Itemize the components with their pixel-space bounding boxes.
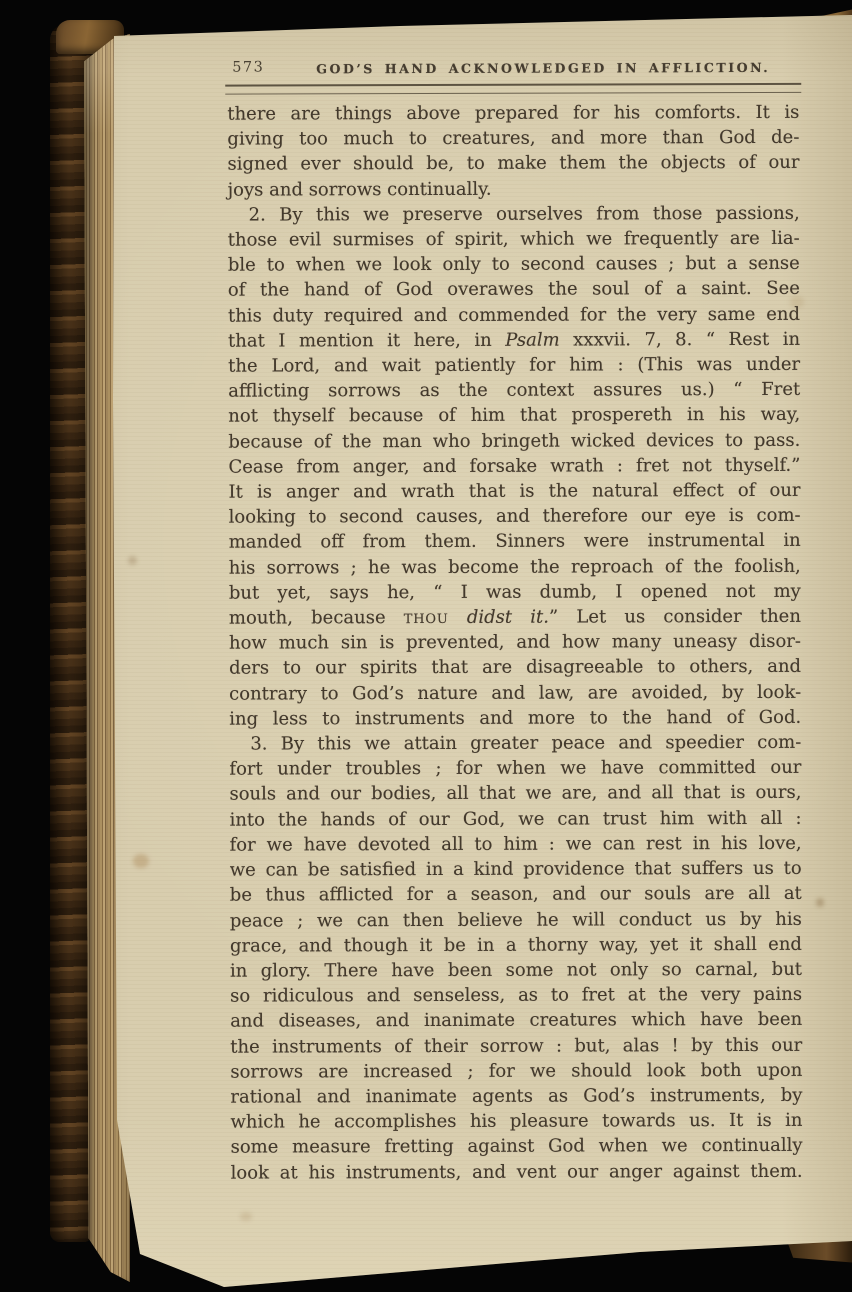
text-line: those evil surmises of spirit, which we … [228,226,800,253]
text-line: looking to second causes, and therefore … [229,503,801,530]
text-line: contrary to God’s nature and law, are av… [229,679,801,706]
text-line: afflicting sorrows as the context assure… [228,377,800,404]
text-line: so ridiculous and senseless, as to fret … [230,982,802,1009]
page-number: 573 [232,60,264,76]
text-line: sorrows are increased ; for we should lo… [230,1058,802,1085]
text-block: there are things above prepared for his … [227,100,802,1186]
text-line: how much sin is prevented, and how many … [229,629,801,656]
text-line: ders to our spirits that are disagreeabl… [229,654,801,681]
text-line: peace ; we can then believe he will cond… [230,906,802,933]
text-line: into the hands of our God, we can trust … [230,806,802,833]
book-page: 573 GOD’S HAND ACKNOWLEDGED IN AFFLICTIO… [0,0,852,1292]
text-line: this duty required and commended for the… [228,301,800,328]
text-line: Cease from anger, and forsake wrath : fr… [228,453,800,480]
paragraph: 2. By this we preserve ourselves from th… [228,201,802,732]
text-line: signed ever should be, to make them the … [227,150,799,177]
text-line: ble to when we look only to second cause… [228,251,800,278]
text-line: souls and our bodies, all that we are, a… [229,780,801,807]
text-line: fort under troubles ; for when we have c… [229,755,801,782]
text-line: look at his instruments, and vent our an… [231,1158,803,1185]
text-line: because of the man who bringeth wicked d… [228,427,800,454]
paragraph: there are things above prepared for his … [227,100,799,203]
text-line: of the hand of God overawes the soul of … [228,276,800,303]
text-line: the Lord, and wait patiently for him : (… [228,352,800,379]
text-line: be thus afflicted for a season, and our … [230,881,802,908]
page-content: 573 GOD’S HAND ACKNOWLEDGED IN AFFLICTIO… [0,0,852,1292]
text-line: manded off from them. Sinners were instr… [229,528,801,555]
header-double-rule [225,83,801,95]
text-line: for we have devoted all to him : we can … [230,831,802,858]
running-head-title: GOD’S HAND ACKNOWLEDGED IN AFFLICTION. [286,60,800,77]
text-line: not thyself because of him that prospere… [228,402,800,429]
text-line: It is anger and wrath that is the natura… [228,478,800,505]
text-line: his sorrows ; he was become the reproach… [229,553,801,580]
text-line: mouth, because thou didst it.” Let us co… [229,604,801,631]
text-line: giving too much to creatures, and more t… [227,125,799,152]
text-line: 3. By this we attain greater peace and s… [229,730,801,757]
text-line: joys and sorrows continually. [228,175,800,202]
paragraph: 3. By this we attain greater peace and s… [229,730,802,1185]
running-head: 573 GOD’S HAND ACKNOWLEDGED IN AFFLICTIO… [226,57,800,81]
text-line: 2. By this we preserve ourselves from th… [228,201,800,228]
text-line: but yet, says he, “ I was dumb, I opened… [229,579,801,606]
text-line: grace, and though it be in a thorny way,… [230,932,802,959]
text-line: which he accomplishes his pleasure towar… [230,1108,802,1135]
text-line: some measure fretting against God when w… [231,1133,803,1160]
text-line: that I mention it here, in Psalm xxxvii.… [228,327,800,354]
photo-background: 573 GOD’S HAND ACKNOWLEDGED IN AFFLICTIO… [0,0,852,1292]
text-line: and diseases, and inanimate creatures wh… [230,1007,802,1034]
text-line: the instruments of their sorrow : but, a… [230,1032,802,1059]
text-line: ing less to instruments and more to the … [229,705,801,732]
text-line: we can be satisfied in a kind providence… [230,856,802,883]
text-line: there are things above prepared for his … [227,100,799,127]
text-line: in glory. There have been some not only … [230,957,802,984]
text-line: rational and inanimate agents as God’s i… [230,1083,802,1110]
